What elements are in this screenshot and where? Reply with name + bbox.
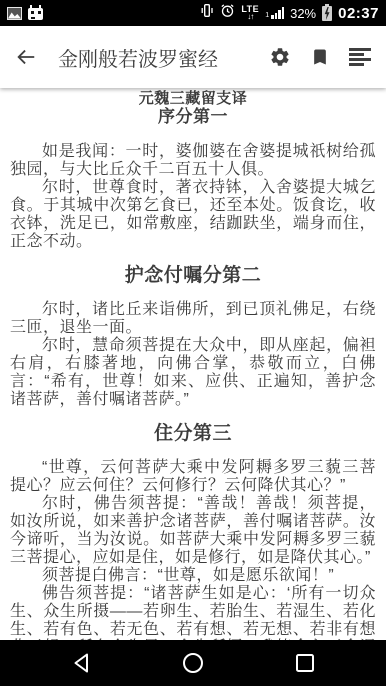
app-bar-actions bbox=[268, 45, 372, 69]
home-circle-icon[interactable] bbox=[163, 640, 223, 686]
status-bar-notifications bbox=[7, 0, 43, 26]
status-bar-system-icons: LTE ↓↑ 1 32% 02:37 bbox=[200, 0, 379, 26]
contents-list-icon[interactable] bbox=[348, 45, 372, 69]
page-title: 金刚般若波罗蜜经 bbox=[58, 43, 268, 72]
section-heading-1: 序分第一 bbox=[10, 107, 376, 126]
recents-square-icon[interactable] bbox=[275, 640, 335, 686]
back-triangle-icon[interactable] bbox=[52, 640, 112, 686]
sutra-paragraph: 须菩提白佛言：“世尊，如是愿乐欲闻！” bbox=[10, 567, 376, 585]
robot-notification-icon bbox=[28, 8, 43, 20]
vibrate-icon bbox=[200, 3, 214, 23]
app-bar: 金刚般若波罗蜜经 bbox=[0, 26, 386, 88]
sim-number: 1 bbox=[265, 12, 269, 19]
sutra-paragraph: 尔时，诸比丘来诣佛所，到已顶礼佛足，右绕三匝，退坐一面。 bbox=[10, 301, 376, 337]
settings-gear-icon[interactable] bbox=[268, 45, 292, 69]
reader-content[interactable]: 元魏三藏留支译 序分第一 如是我闻：一时，婆伽婆在舍婆提城祇树给孤独园，与大比丘… bbox=[0, 88, 386, 686]
bookmark-icon[interactable] bbox=[308, 45, 332, 69]
translator-line: 元魏三藏留支译 bbox=[10, 90, 376, 107]
sutra-paragraph: 尔时，世尊食时，著衣持钵，入舍婆提大城乞食。于其城中次第乞食已，还至本处。饭食讫… bbox=[10, 179, 376, 251]
back-arrow-icon[interactable] bbox=[14, 45, 38, 69]
signal-bars: 1 bbox=[265, 7, 284, 19]
status-bar: LTE ↓↑ 1 32% 02:37 bbox=[0, 0, 386, 26]
sutra-paragraph: 如是我闻：一时，婆伽婆在舍婆提城祇树给孤独园，与大比丘众千二百五十人俱。 bbox=[10, 143, 376, 179]
android-nav-bar bbox=[0, 640, 386, 686]
section-heading-2: 护念付嘱分第二 bbox=[10, 265, 376, 286]
sutra-paragraph: 尔时，慧命须菩提在大众中，即从座起，偏袒右肩，右膝著地，向佛合掌，恭敬而立，白佛… bbox=[10, 337, 376, 409]
screenshot-thumbnail-icon bbox=[7, 7, 22, 20]
phone-screen: LTE ↓↑ 1 32% 02:37 金刚般若波罗蜜经 bbox=[0, 0, 386, 686]
battery-charging-icon bbox=[322, 6, 332, 21]
lte-indicator: LTE ↓↑ bbox=[241, 5, 259, 21]
sutra-paragraph: 尔时，佛告须菩提：“善哉！善哉！须菩提，如汝所说，如来善护念诸菩萨，善付嘱诸菩萨… bbox=[10, 495, 376, 567]
status-clock: 02:37 bbox=[338, 5, 379, 22]
alarm-icon bbox=[220, 3, 235, 23]
battery-percent: 32% bbox=[290, 6, 316, 21]
section-heading-3: 住分第三 bbox=[10, 423, 376, 444]
sutra-paragraph: “世尊，云何菩萨大乘中发阿耨多罗三藐三菩提心？应云何住？云何修行？云何降伏其心？… bbox=[10, 459, 376, 495]
